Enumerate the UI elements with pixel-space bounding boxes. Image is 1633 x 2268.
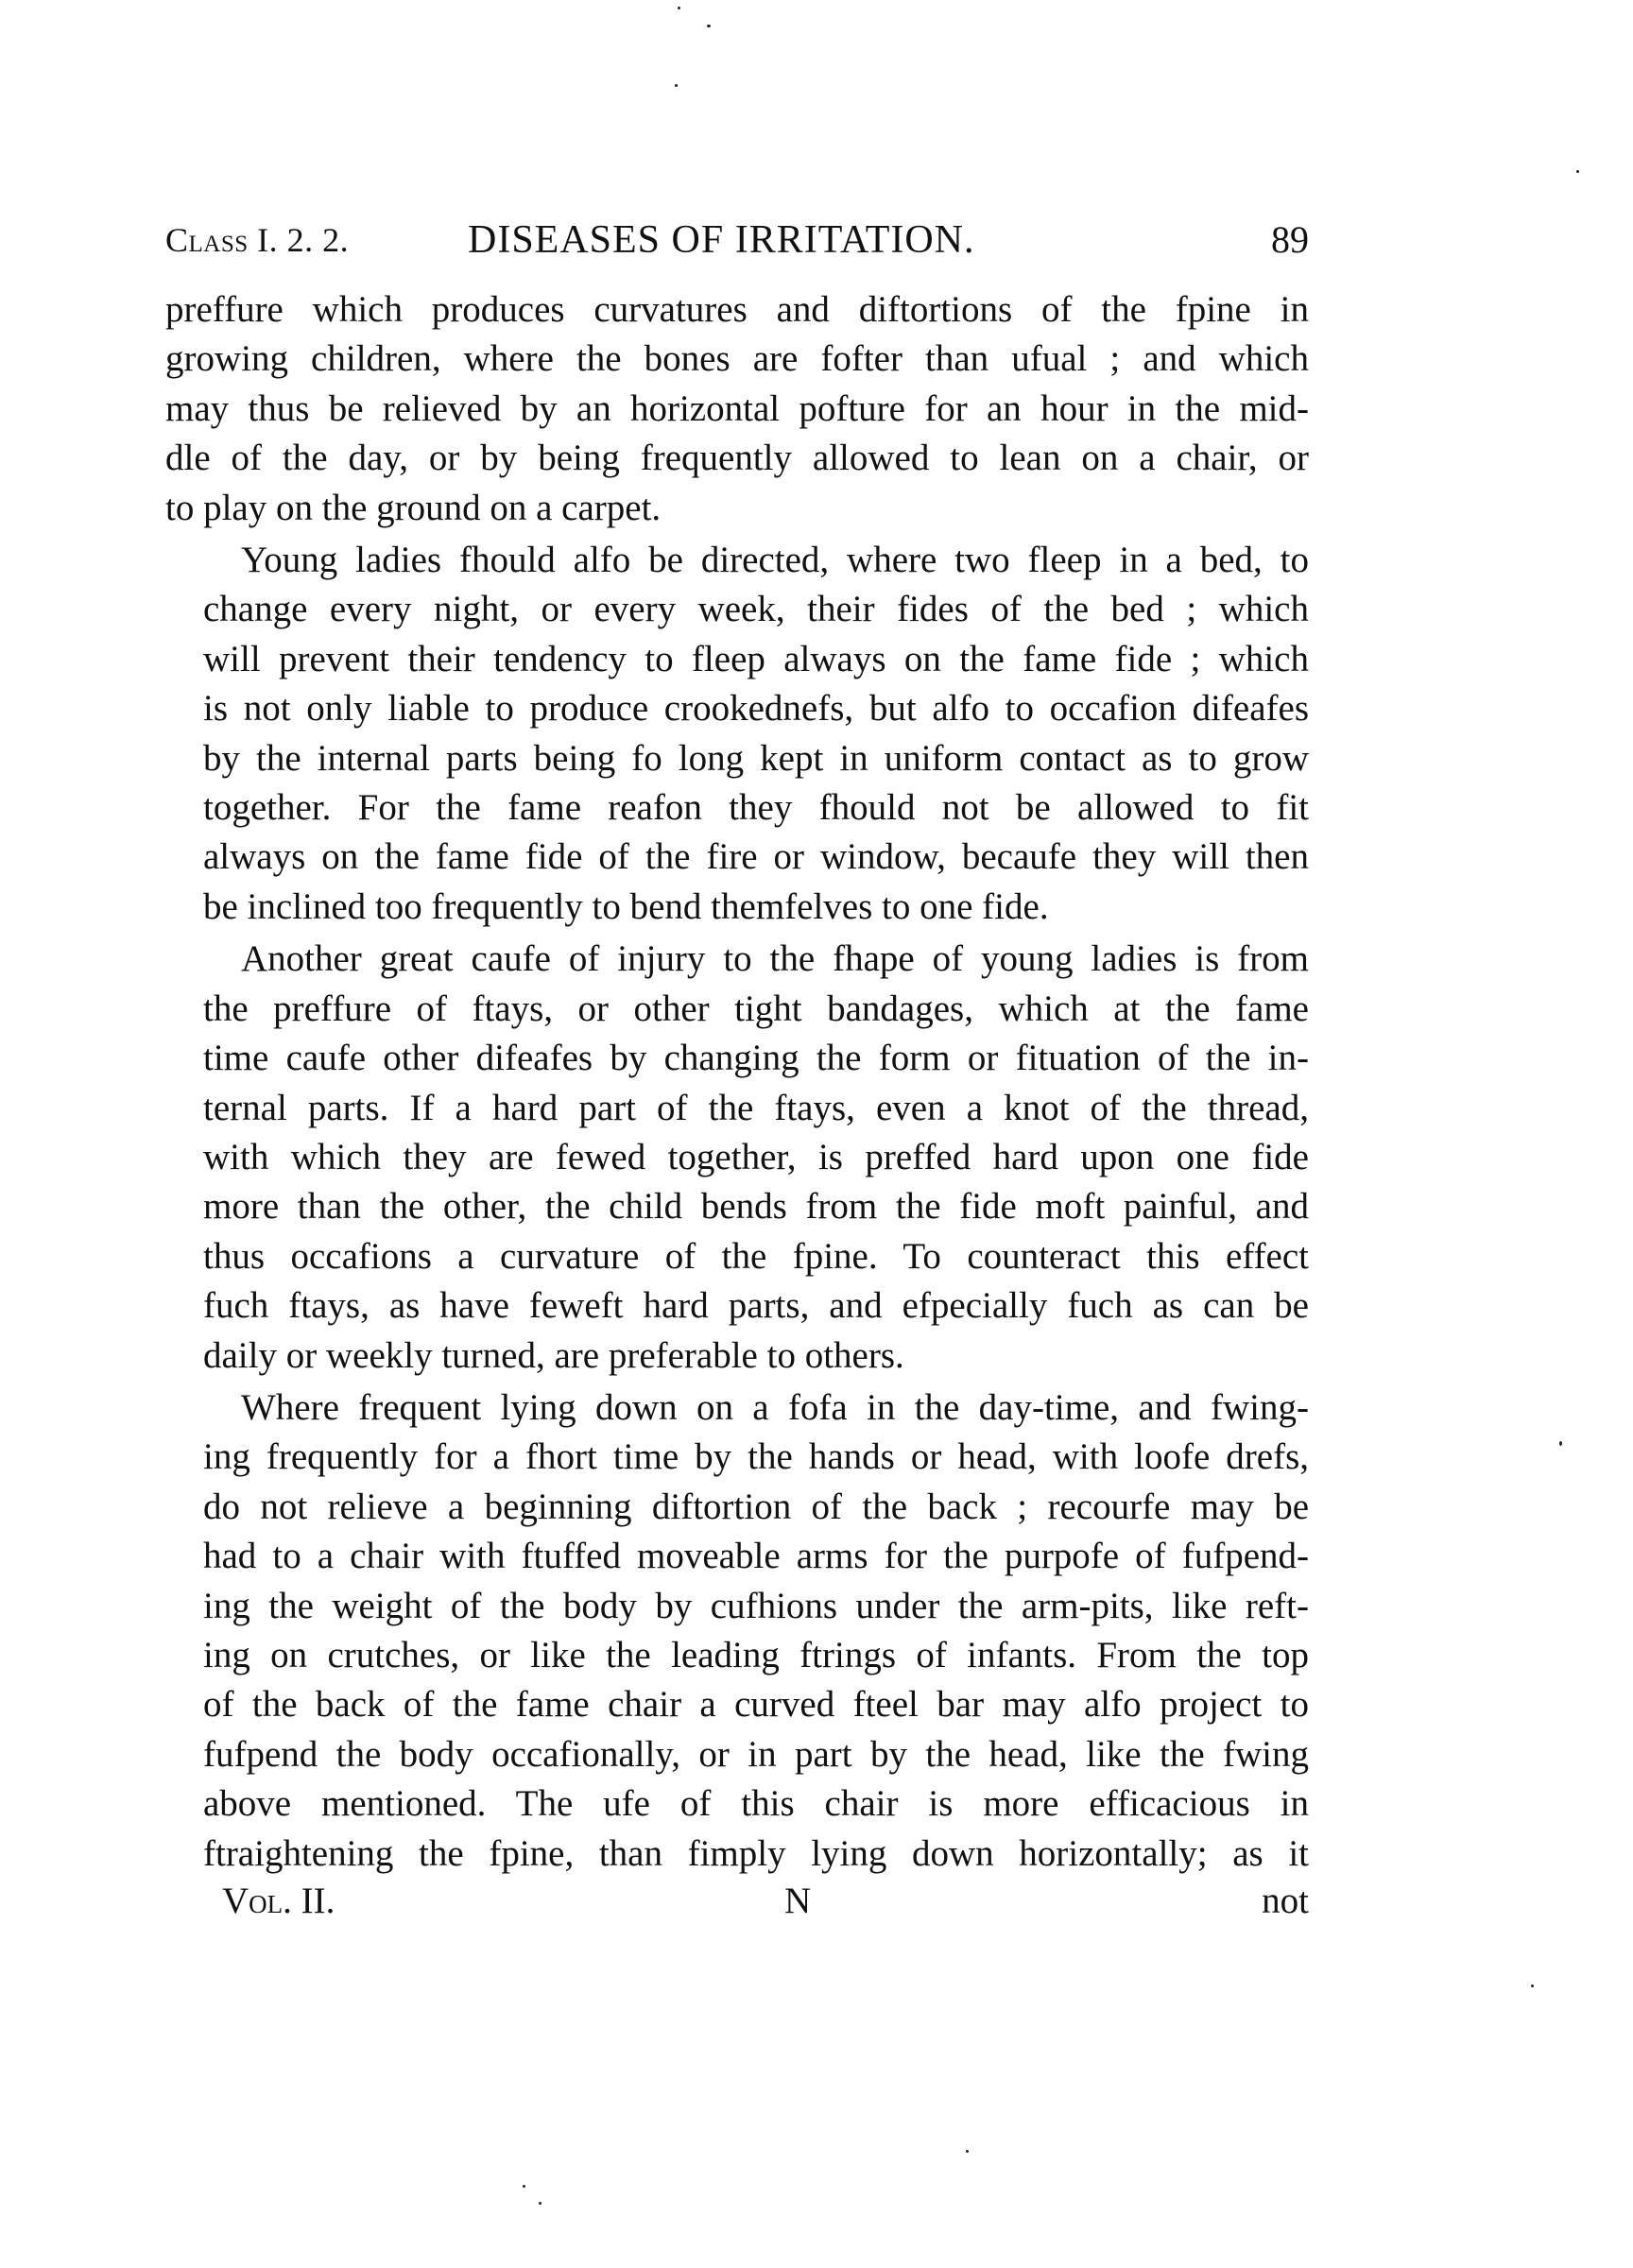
text-line: may thus be relieved by an horizontal po…: [165, 385, 1309, 434]
text-line: to play on the ground on a carpet.: [165, 484, 1309, 533]
text-line: ing the weight of the body by cufhions u…: [165, 1582, 1309, 1631]
scan-speck: [966, 2150, 969, 2153]
scan-speck: [1576, 170, 1579, 173]
book-page: Class I. 2. 2. DISEASES OF IRRITATION. 8…: [0, 0, 1633, 2268]
text-line: Young ladies fhould alfo be directed, wh…: [165, 536, 1309, 585]
text-line: fufpend the body occafionally, or in par…: [165, 1730, 1309, 1779]
running-head-class: Class I. 2. 2.: [165, 214, 349, 266]
paragraph-2: Young ladies fhould alfo be directed, wh…: [165, 536, 1309, 932]
text-line: above mentioned. The ufe of this chair i…: [165, 1779, 1309, 1829]
text-line: fuch ftays, as have feweft hard parts, a…: [165, 1281, 1309, 1331]
text-line: always on the fame fide of the fire or w…: [165, 833, 1309, 882]
text-line: ftraightening the fpine, than fimply lyi…: [165, 1830, 1309, 1879]
scan-speck: [675, 84, 678, 87]
running-header: Class I. 2. 2. DISEASES OF IRRITATION. 8…: [165, 214, 1309, 266]
text-line: will prevent their tendency to fleep alw…: [165, 635, 1309, 684]
text-line: with which they are fewed together, is p…: [165, 1133, 1309, 1182]
running-head-title: DISEASES OF IRRITATION.: [468, 214, 975, 266]
text-line: by the internal parts being fo long kept…: [165, 734, 1309, 783]
paragraph-3: Another great caufe of injury to the fha…: [165, 935, 1309, 1381]
text-line: change every night, or every week, their…: [165, 585, 1309, 634]
text-line: together. For the fame reafon they fhoul…: [165, 783, 1309, 833]
text-line: of the back of the fame chair a curved f…: [165, 1680, 1309, 1729]
scan-speck: [523, 2185, 525, 2188]
text-line: dle of the day, or by being frequently a…: [165, 434, 1309, 483]
volume-label: Vol. II.: [222, 1875, 335, 1928]
scan-speck: [539, 2202, 541, 2205]
text-line: ing frequently for a fhort time by the h…: [165, 1433, 1309, 1482]
paragraph-1: preffure which produces curvatures and d…: [165, 285, 1309, 533]
text-line: ternal parts. If a hard part of the ftay…: [165, 1084, 1309, 1133]
text-line: do not relieve a beginning diftortion of…: [165, 1483, 1309, 1532]
body-text: preffure which produces curvatures and d…: [165, 285, 1309, 1881]
text-line: thus occafions a curvature of the fpine.…: [165, 1232, 1309, 1281]
text-line: Where frequent lying down on a fofa in t…: [165, 1383, 1309, 1433]
paragraph-4: Where frequent lying down on a fofa in t…: [165, 1383, 1309, 1879]
page-footer: Vol. II. N not: [165, 1875, 1309, 1928]
text-line: growing children, where the bones are fo…: [165, 335, 1309, 384]
text-line: daily or weekly turned, are preferable t…: [165, 1332, 1309, 1381]
text-line: the preffure of ftays, or other tight ba…: [165, 985, 1309, 1034]
text-line: time caufe other difeafes by changing th…: [165, 1034, 1309, 1083]
signature-mark: N: [784, 1875, 811, 1928]
text-line: preffure which produces curvatures and d…: [165, 285, 1309, 335]
catchword: not: [1262, 1875, 1309, 1928]
text-line: had to a chair with ftuffed moveable arm…: [165, 1532, 1309, 1581]
text-line: Another great caufe of injury to the fha…: [165, 935, 1309, 984]
scan-speck: [1559, 1441, 1562, 1446]
scan-speck: [678, 7, 680, 9]
scan-speck: [707, 25, 711, 27]
text-line: more than the other, the child bends fro…: [165, 1182, 1309, 1231]
text-line: is not only liable to produce crookednef…: [165, 684, 1309, 733]
text-line: ing on crutches, or like the leading ftr…: [165, 1631, 1309, 1680]
scan-speck: [1531, 1984, 1534, 1987]
page-number: 89: [1271, 214, 1309, 266]
text-line: be inclined too frequently to bend themf…: [165, 883, 1309, 932]
